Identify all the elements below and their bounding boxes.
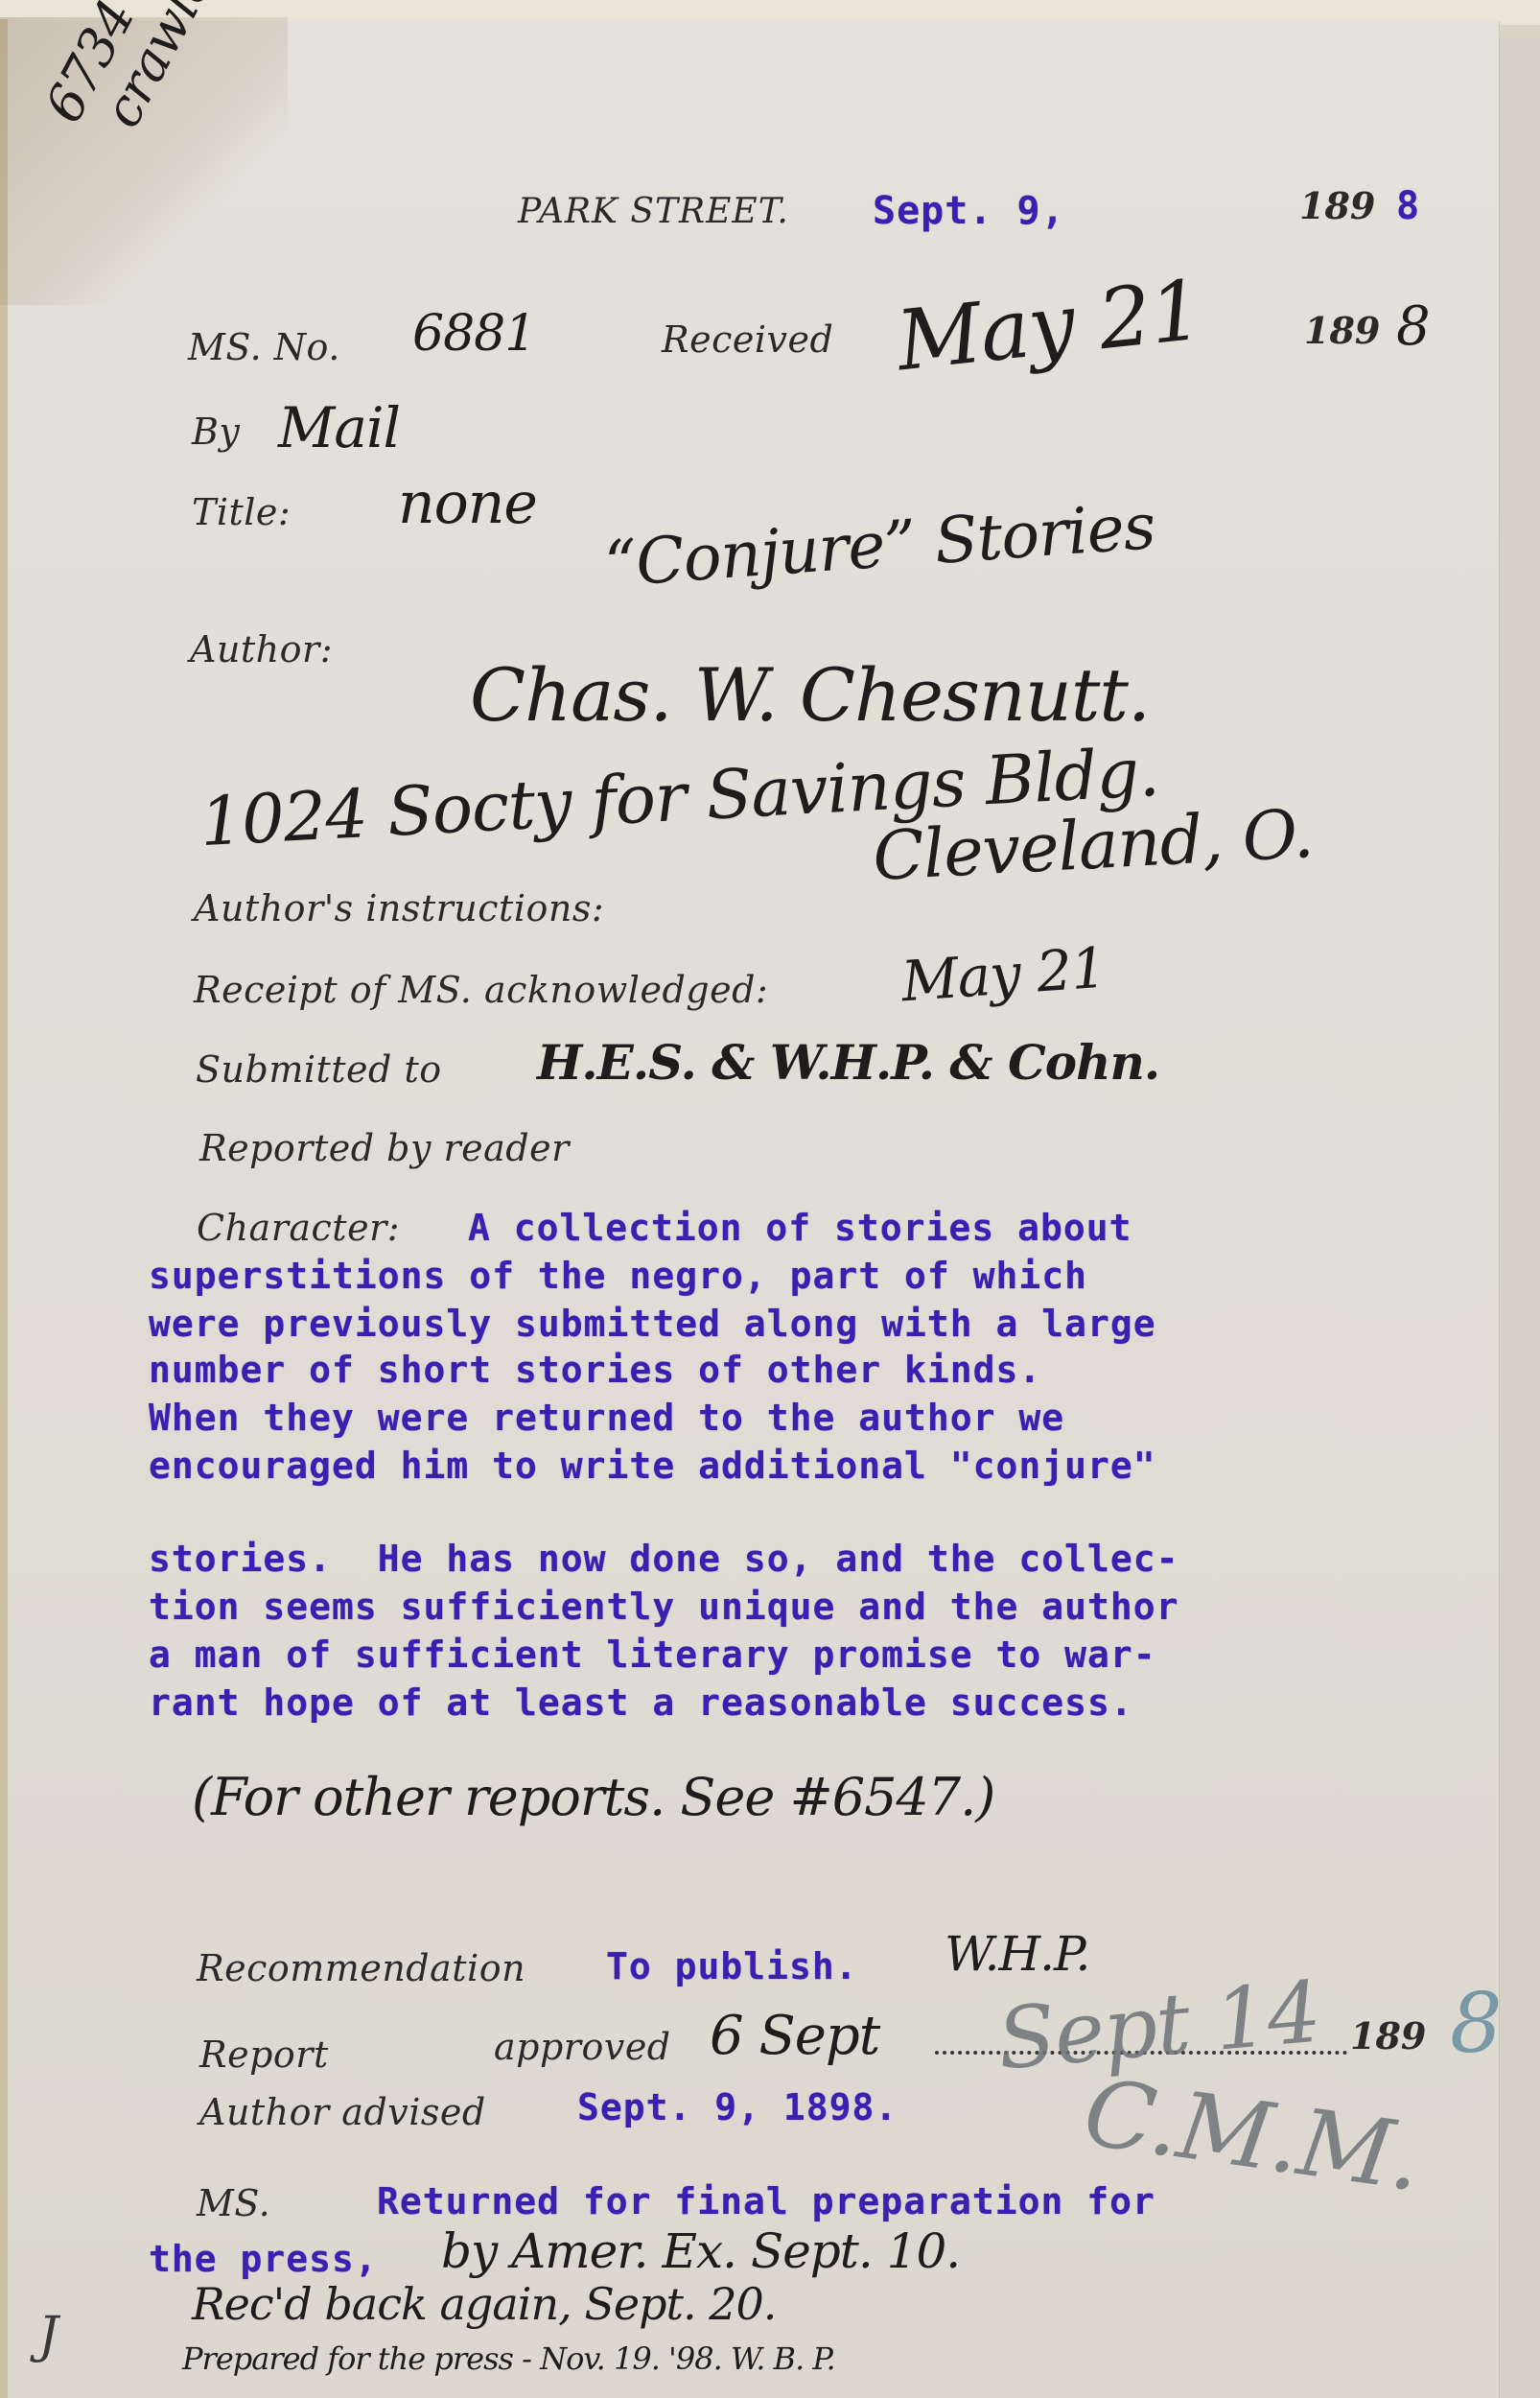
received-year-printed: 189 — [1304, 309, 1380, 352]
title-label: Title: — [192, 491, 291, 533]
ms-number-label: MS. No. — [188, 326, 340, 368]
by-value: Mail — [278, 395, 400, 460]
character-line-2: were previously submitted along with a l… — [149, 1300, 1156, 1348]
reported-by-label: Reported by reader — [199, 1127, 570, 1169]
ms-returned-hand-line3: Rec'd back again, Sept. 20. — [192, 2278, 776, 2330]
title-line1: none — [398, 470, 537, 537]
character-line-3: number of short stories of other kinds. — [149, 1346, 1041, 1394]
author-advised-typed: Sept. 9, 1898. — [577, 2083, 898, 2131]
character-line-4: When they were returned to the author we — [149, 1394, 1064, 1442]
submitted-to-label: Submitted to — [196, 1048, 442, 1091]
header-date-typed: Sept. 9, — [873, 187, 1065, 235]
report-approved-hand-date: 6 Sept — [710, 2005, 879, 2067]
report-approved-year-digit: 8 — [1450, 1976, 1502, 2072]
ms-returned-typed-line2: the press, — [149, 2235, 378, 2283]
character-line-5: encouraged him to write additional "conj… — [149, 1442, 1156, 1490]
author-name: Chas. W. Chesnutt. — [470, 652, 1150, 738]
by-label: By — [192, 411, 240, 453]
recommendation-label: Recommendation — [197, 1947, 525, 1989]
recommendation-typed: To publish. — [606, 1942, 858, 1990]
receipt-acknowledged-label: Receipt of MS. acknowledged: — [194, 969, 768, 1011]
character-label: Character: — [197, 1207, 400, 1249]
report-label: Report — [199, 2034, 329, 2076]
character-line-8: a man of sufficient literary promise to … — [149, 1631, 1156, 1679]
character-line-7: tion seems sufficiently unique and the a… — [149, 1583, 1179, 1631]
character-line-1: superstitions of the negro, part of whic… — [149, 1252, 1087, 1300]
author-advised-label: Author advised — [199, 2091, 486, 2133]
submitted-to-value: H.E.S. & W.H.P. & Cohn. — [537, 1034, 1159, 1091]
ms-returned-hand-line2: by Amer. Ex. Sept. 10. — [441, 2223, 960, 2279]
ms-returned-hand-line4: Prepared for the press - Nov. 19. '98. W… — [182, 2340, 835, 2377]
park-street-label: PARK STREET. — [518, 192, 789, 231]
approved-label: approved — [494, 2026, 671, 2068]
margin-mark: J — [38, 2307, 58, 2364]
character-line-0: A collection of stories about — [468, 1204, 1132, 1252]
recommendation-initials: W.H.P. — [945, 1926, 1089, 1982]
author-label: Author: — [190, 628, 333, 670]
other-reports-note: (For other reports. See #6547.) — [192, 1767, 994, 1827]
underlying-page-edge — [1499, 38, 1540, 2398]
ms-number-value: 6881 — [412, 305, 535, 363]
authors-instructions-label: Author's instructions: — [194, 887, 604, 929]
header-year-printed: 189 — [1299, 184, 1375, 227]
ms-returned-label: MS. — [197, 2182, 270, 2224]
header-year-typed-digit: 8 — [1396, 182, 1420, 230]
ms-returned-typed-line1: Returned for final preparation for — [377, 2177, 1155, 2225]
received-year-digit: 8 — [1396, 295, 1430, 358]
received-label: Received — [662, 318, 833, 361]
report-approved-year-printed: 189 — [1350, 2014, 1426, 2057]
left-binding-strip — [0, 19, 8, 2398]
character-line-9: rant hope of at least a reasonable succe… — [149, 1679, 1133, 1727]
character-line-6: stories. He has now done so, and the col… — [149, 1535, 1179, 1583]
